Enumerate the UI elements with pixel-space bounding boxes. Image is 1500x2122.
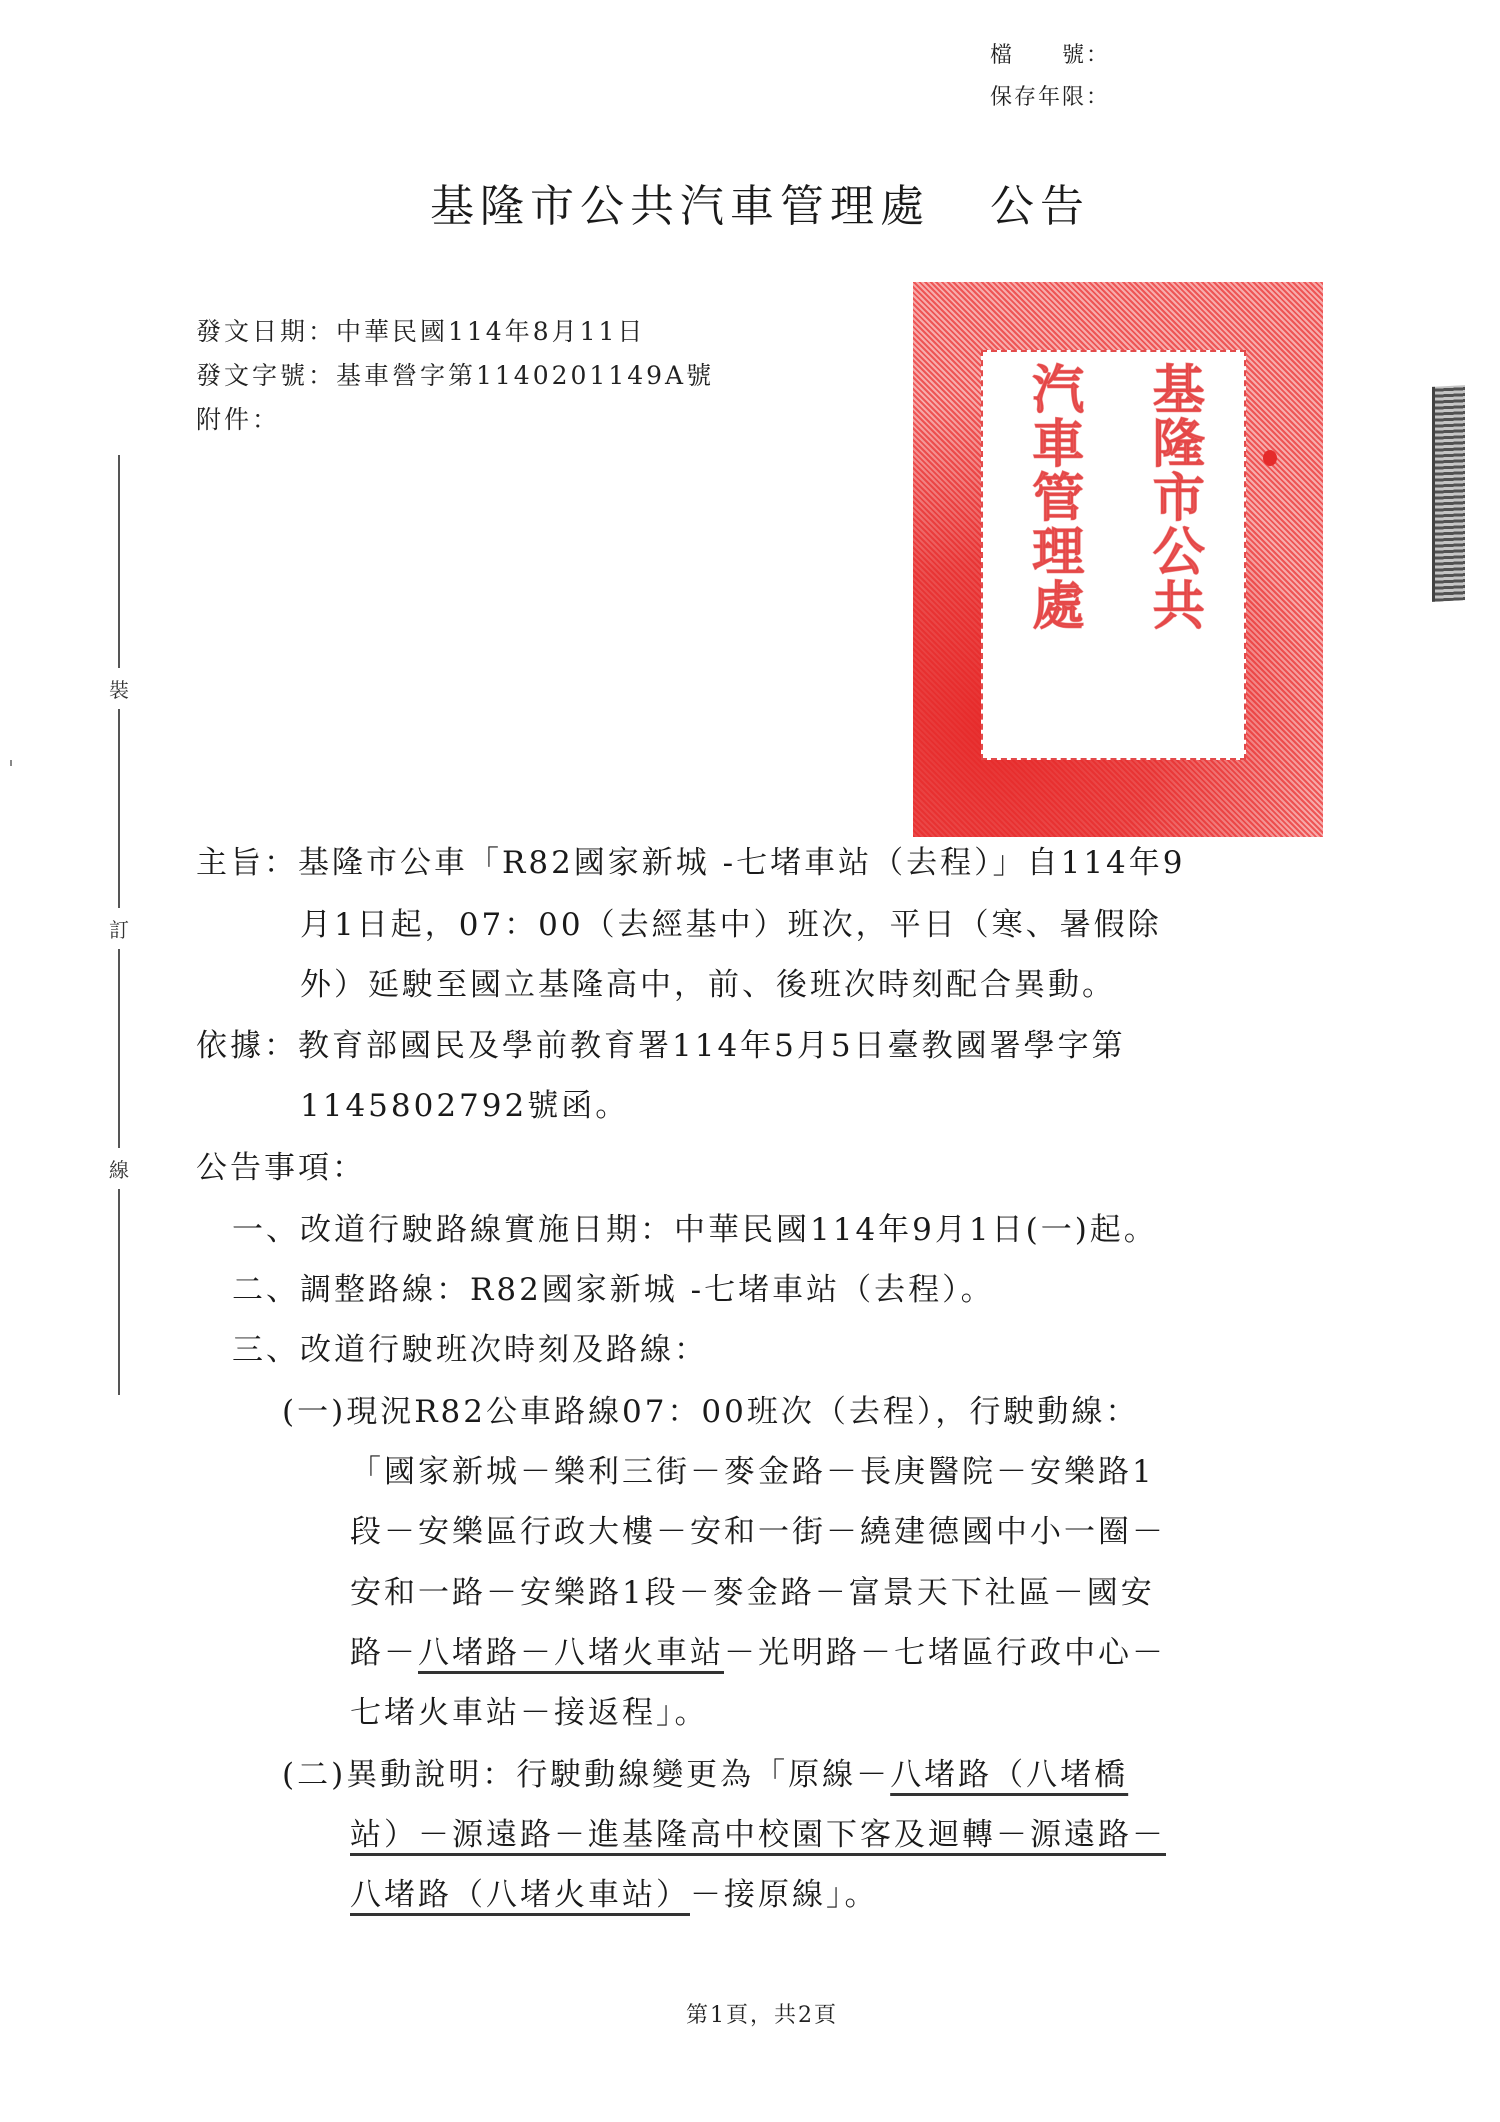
change-text: (二)異動說明：行駛動線變更為「原線－ xyxy=(282,1757,890,1793)
issue-number: 發文字號：基車營字第1140201149A號 xyxy=(196,356,714,392)
basis-line-2: 1145802792號函。 xyxy=(300,1091,629,1122)
scan-artifact xyxy=(10,760,12,766)
route-text: 路－ xyxy=(350,1635,418,1671)
issue-date: 發文日期：中華民國114年8月11日 xyxy=(196,312,645,348)
retention-period-label: 保存年限： xyxy=(990,80,1110,111)
side-seal-mark xyxy=(1432,385,1465,602)
official-seal-stamp: 基隆市公共 汽車管理處 xyxy=(913,282,1323,837)
announcement-item-2: 二、調整路線：R82國家新城 -七堵車站（去程）。 xyxy=(232,1275,995,1306)
change-description-line-3: 八堵路（八堵火車站）－接原線」。 xyxy=(350,1880,879,1911)
binding-char-ding: 訂 xyxy=(106,908,132,949)
subject-line-1: 主旨：基隆市公車「R82國家新城 -七堵車站（去程）」自114年9 xyxy=(196,848,1186,879)
subject-line-2: 月1日起，07：00（去經基中）班次，平日（寒、暑假除 xyxy=(300,910,1162,941)
announcement-item-1: 一、改道行駛路線實施日期：中華民國114年9月1日(一)起。 xyxy=(232,1215,1158,1246)
agency-name: 基隆市公共汽車管理處 xyxy=(430,181,930,232)
page-title: 基隆市公共汽車管理處公告 xyxy=(430,170,1090,234)
basis-line-1: 依據：教育部國民及學前教育署114年5月5日臺教國署學字第 xyxy=(196,1031,1126,1062)
document-type: 公告 xyxy=(990,181,1090,232)
seal-inner-frame: 基隆市公共 汽車管理處 xyxy=(981,350,1246,760)
seal-text-col-1: 基隆市公共 xyxy=(1136,362,1211,748)
current-route-line-5: 七堵火車站－接返程」。 xyxy=(350,1698,709,1729)
current-route-line-3: 安和一路－安樂路1段－麥金路－富景天下社區－國安 xyxy=(350,1578,1155,1609)
underlined-change-segment: 八堵路（八堵火車站） xyxy=(350,1877,690,1913)
seal-text-col-2: 汽車管理處 xyxy=(1016,362,1091,748)
underlined-route-segment: 八堵路－八堵火車站 xyxy=(418,1635,724,1671)
route-text: －光明路－七堵區行政中心－ xyxy=(724,1635,1166,1671)
current-route-line-1: 「國家新城－樂利三街－麥金路－長庚醫院－安樂路1 xyxy=(350,1457,1155,1488)
underlined-change-segment: 八堵路（八堵橋 xyxy=(890,1757,1128,1793)
change-text: －接原線」。 xyxy=(690,1877,879,1913)
attachment-label: 附件： xyxy=(196,400,280,436)
current-route-heading: (一)現況R82公車路線07：00班次（去程），行駛動線： xyxy=(282,1397,1139,1428)
current-route-line-4: 路－八堵路－八堵火車站－光明路－七堵區行政中心－ xyxy=(350,1638,1166,1669)
page-number: 第1頁，共2頁 xyxy=(686,1998,838,2029)
seal-dot xyxy=(1263,450,1277,466)
announcement-heading: 公告事項： xyxy=(196,1153,366,1184)
change-description-line-1: (二)異動說明：行駛動線變更為「原線－八堵路（八堵橋 xyxy=(282,1760,1128,1791)
change-description-line-2: 站）－源遠路－進基隆高中校園下客及迴轉－源遠路－ xyxy=(350,1820,1166,1851)
current-route-line-2: 段－安樂區行政大樓－安和一街－繞建德國中小一圈－ xyxy=(350,1517,1166,1548)
file-number-label: 檔 號： xyxy=(990,38,1110,69)
binding-char-zhuang: 裝 xyxy=(106,668,132,709)
underlined-change-segment: 站）－源遠路－進基隆高中校園下客及迴轉－源遠路－ xyxy=(350,1817,1166,1853)
subject-line-3: 外）延駛至國立基隆高中，前、後班次時刻配合異動。 xyxy=(300,970,1116,1001)
binding-char-xian: 線 xyxy=(106,1148,132,1189)
announcement-item-3: 三、改道行駛班次時刻及路線： xyxy=(232,1335,708,1366)
